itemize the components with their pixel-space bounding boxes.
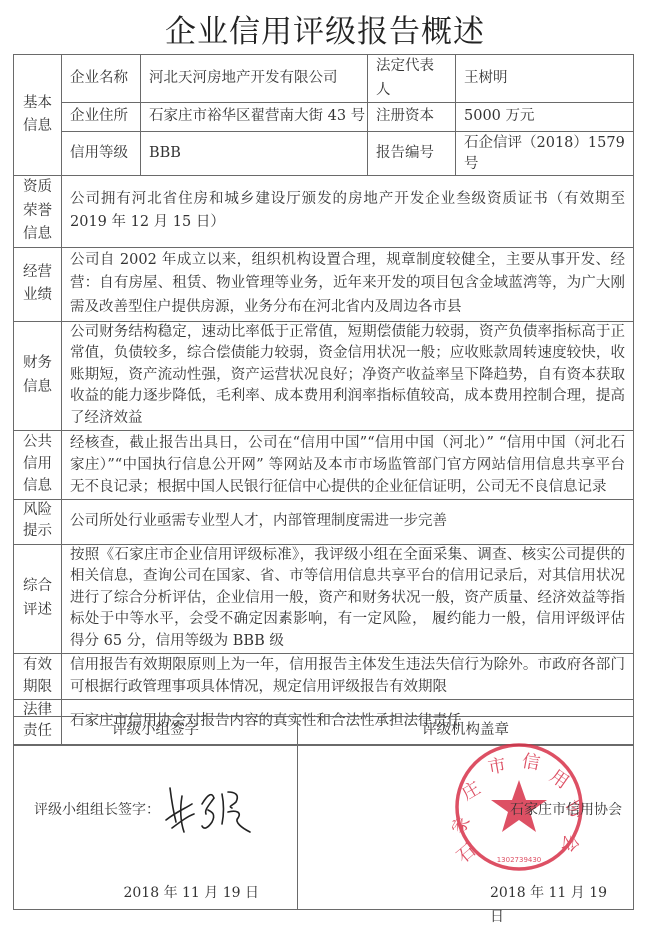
category-validity: 有效期限: [14, 653, 62, 700]
legal-rep-value: 王树明: [456, 55, 634, 103]
category-summary: 综合评述: [14, 544, 62, 653]
row-rating: 信用等级 BBB 报告编号 石企信评（2018）1579号: [14, 132, 634, 176]
capital-value: 5000 万元: [456, 103, 634, 132]
team-signature-cell: 评级小组组长签字： 2018 年 11 月 19 日: [14, 746, 298, 910]
agency-seal-cell: 石 家 庄 市 信 用 协 会 1302739430 石家庄市信用协会 2018…: [298, 746, 634, 910]
agency-seal-date: 2018 年 11 月 19 日: [490, 882, 625, 929]
company-name-value: 河北天河房地产开发有限公司: [141, 55, 368, 103]
address-value: 石家庄市裕华区翟营南大街 43 号: [141, 103, 368, 132]
capital-label: 注册资本: [368, 103, 456, 132]
rating-value: BBB: [141, 132, 368, 176]
rating-label: 信用等级: [62, 132, 141, 176]
category-label: 经营业绩: [23, 261, 53, 308]
section-text: 公司所处行业亟需专业型人才，内部管理制度需进一步完善: [62, 499, 634, 544]
team-signature-date: 2018 年 11 月 19 日: [123, 882, 259, 906]
report-no-label: 报告编号: [368, 132, 456, 176]
address-label: 企业住所: [62, 103, 141, 132]
company-name-label: 企业名称: [62, 55, 141, 103]
category-performance: 经营业绩: [14, 247, 62, 321]
svg-text:市: 市: [486, 755, 507, 779]
section-row-qualification: 资质荣誉信息 公司拥有河北省住房和城乡建设厅颁发的房地产开发企业叁级资质证书（有…: [14, 176, 634, 248]
report-table: 基本信息 企业名称 河北天河房地产开发有限公司 法定代表人 王树明 企业住所 石…: [13, 54, 634, 745]
category-public-credit: 公共信用信息: [14, 430, 62, 499]
category-label: 综合评述: [23, 575, 53, 622]
leader-signature-label: 评级小组组长签字：: [34, 799, 160, 823]
svg-text:家: 家: [452, 812, 475, 838]
section-text: 经核查，截止报告出具日，公司在“信用中国”“信用中国（河北）” “信用中国（河北…: [62, 430, 634, 499]
agency-name: 石家庄市信用协会: [510, 799, 622, 823]
section-text: 信用报告有效期限原则上为一年，信用报告主体发生违法失信行为除外。市政府各部门可根…: [62, 653, 634, 700]
section-text: 公司财务结构稳定，速动比率低于正常值，短期偿债能力较弱，资产负债率指标高于正常值…: [62, 321, 634, 430]
row-company-name: 基本信息 企业名称 河北天河房地产开发有限公司 法定代表人 王树明: [14, 55, 634, 103]
section-text: 公司拥有河北省住房和城乡建设厅颁发的房地产开发企业叁级资质证书（有效期至 201…: [62, 176, 634, 248]
section-text: 按照《石家庄市企业信用评级标准》，我评级小组在全面采集、调查、核实公司提供的相关…: [62, 544, 634, 653]
section-row-risk: 风险提示 公司所处行业亟需专业型人才，内部管理制度需进一步完善: [14, 499, 634, 544]
handwritten-signature-icon: [162, 784, 262, 844]
section-row-validity: 有效期限 信用报告有效期限原则上为一年，信用报告主体发生违法失信行为除外。市政府…: [14, 653, 634, 700]
category-label: 基本信息: [23, 92, 53, 139]
category-label: 有效期限: [23, 654, 53, 698]
rating-team-signature-header: 评级小组签字: [14, 717, 298, 746]
legal-rep-label: 法定代表人: [368, 55, 456, 103]
category-financial: 财务信息: [14, 321, 62, 430]
category-label: 资质荣誉信息: [23, 176, 53, 247]
section-text: 公司自 2002 年成立以来，组织机构设置合理，规章制度较健全，主要从事开发、经…: [62, 247, 634, 321]
category-label: 财务信息: [23, 352, 53, 399]
page-title: 企业信用评级报告概述: [0, 6, 650, 51]
signature-body-row: 评级小组组长签字： 2018 年 11 月 19 日: [14, 746, 634, 910]
section-row-summary: 综合评述 按照《石家庄市企业信用评级标准》，我评级小组在全面采集、调查、核实公司…: [14, 544, 634, 653]
category-label: 风险提示: [23, 500, 53, 542]
row-address: 企业住所 石家庄市裕华区翟营南大街 43 号 注册资本 5000 万元: [14, 103, 634, 132]
section-row-financial: 财务信息 公司财务结构稳定，速动比率低于正常值，短期偿债能力较弱，资产负债率指标…: [14, 321, 634, 430]
report-no-value: 石企信评（2018）1579号: [456, 132, 634, 176]
section-row-public-credit: 公共信用信息 经核查，截止报告出具日，公司在“信用中国”“信用中国（河北）” “…: [14, 430, 634, 499]
category-risk: 风险提示: [14, 499, 62, 544]
category-label: 公共信用信息: [23, 431, 53, 497]
svg-text:1302739430: 1302739430: [497, 856, 542, 864]
svg-text:会: 会: [558, 832, 582, 853]
svg-text:信: 信: [520, 751, 541, 775]
svg-text:石: 石: [453, 840, 480, 868]
signature-table: 评级小组签字 评级机构盖章 评级小组组长签字：: [13, 716, 634, 910]
category-qualification: 资质荣誉信息: [14, 176, 62, 248]
category-basic-info: 基本信息: [14, 55, 62, 176]
section-row-performance: 经营业绩 公司自 2002 年成立以来，组织机构设置合理，规章制度较健全，主要从…: [14, 247, 634, 321]
